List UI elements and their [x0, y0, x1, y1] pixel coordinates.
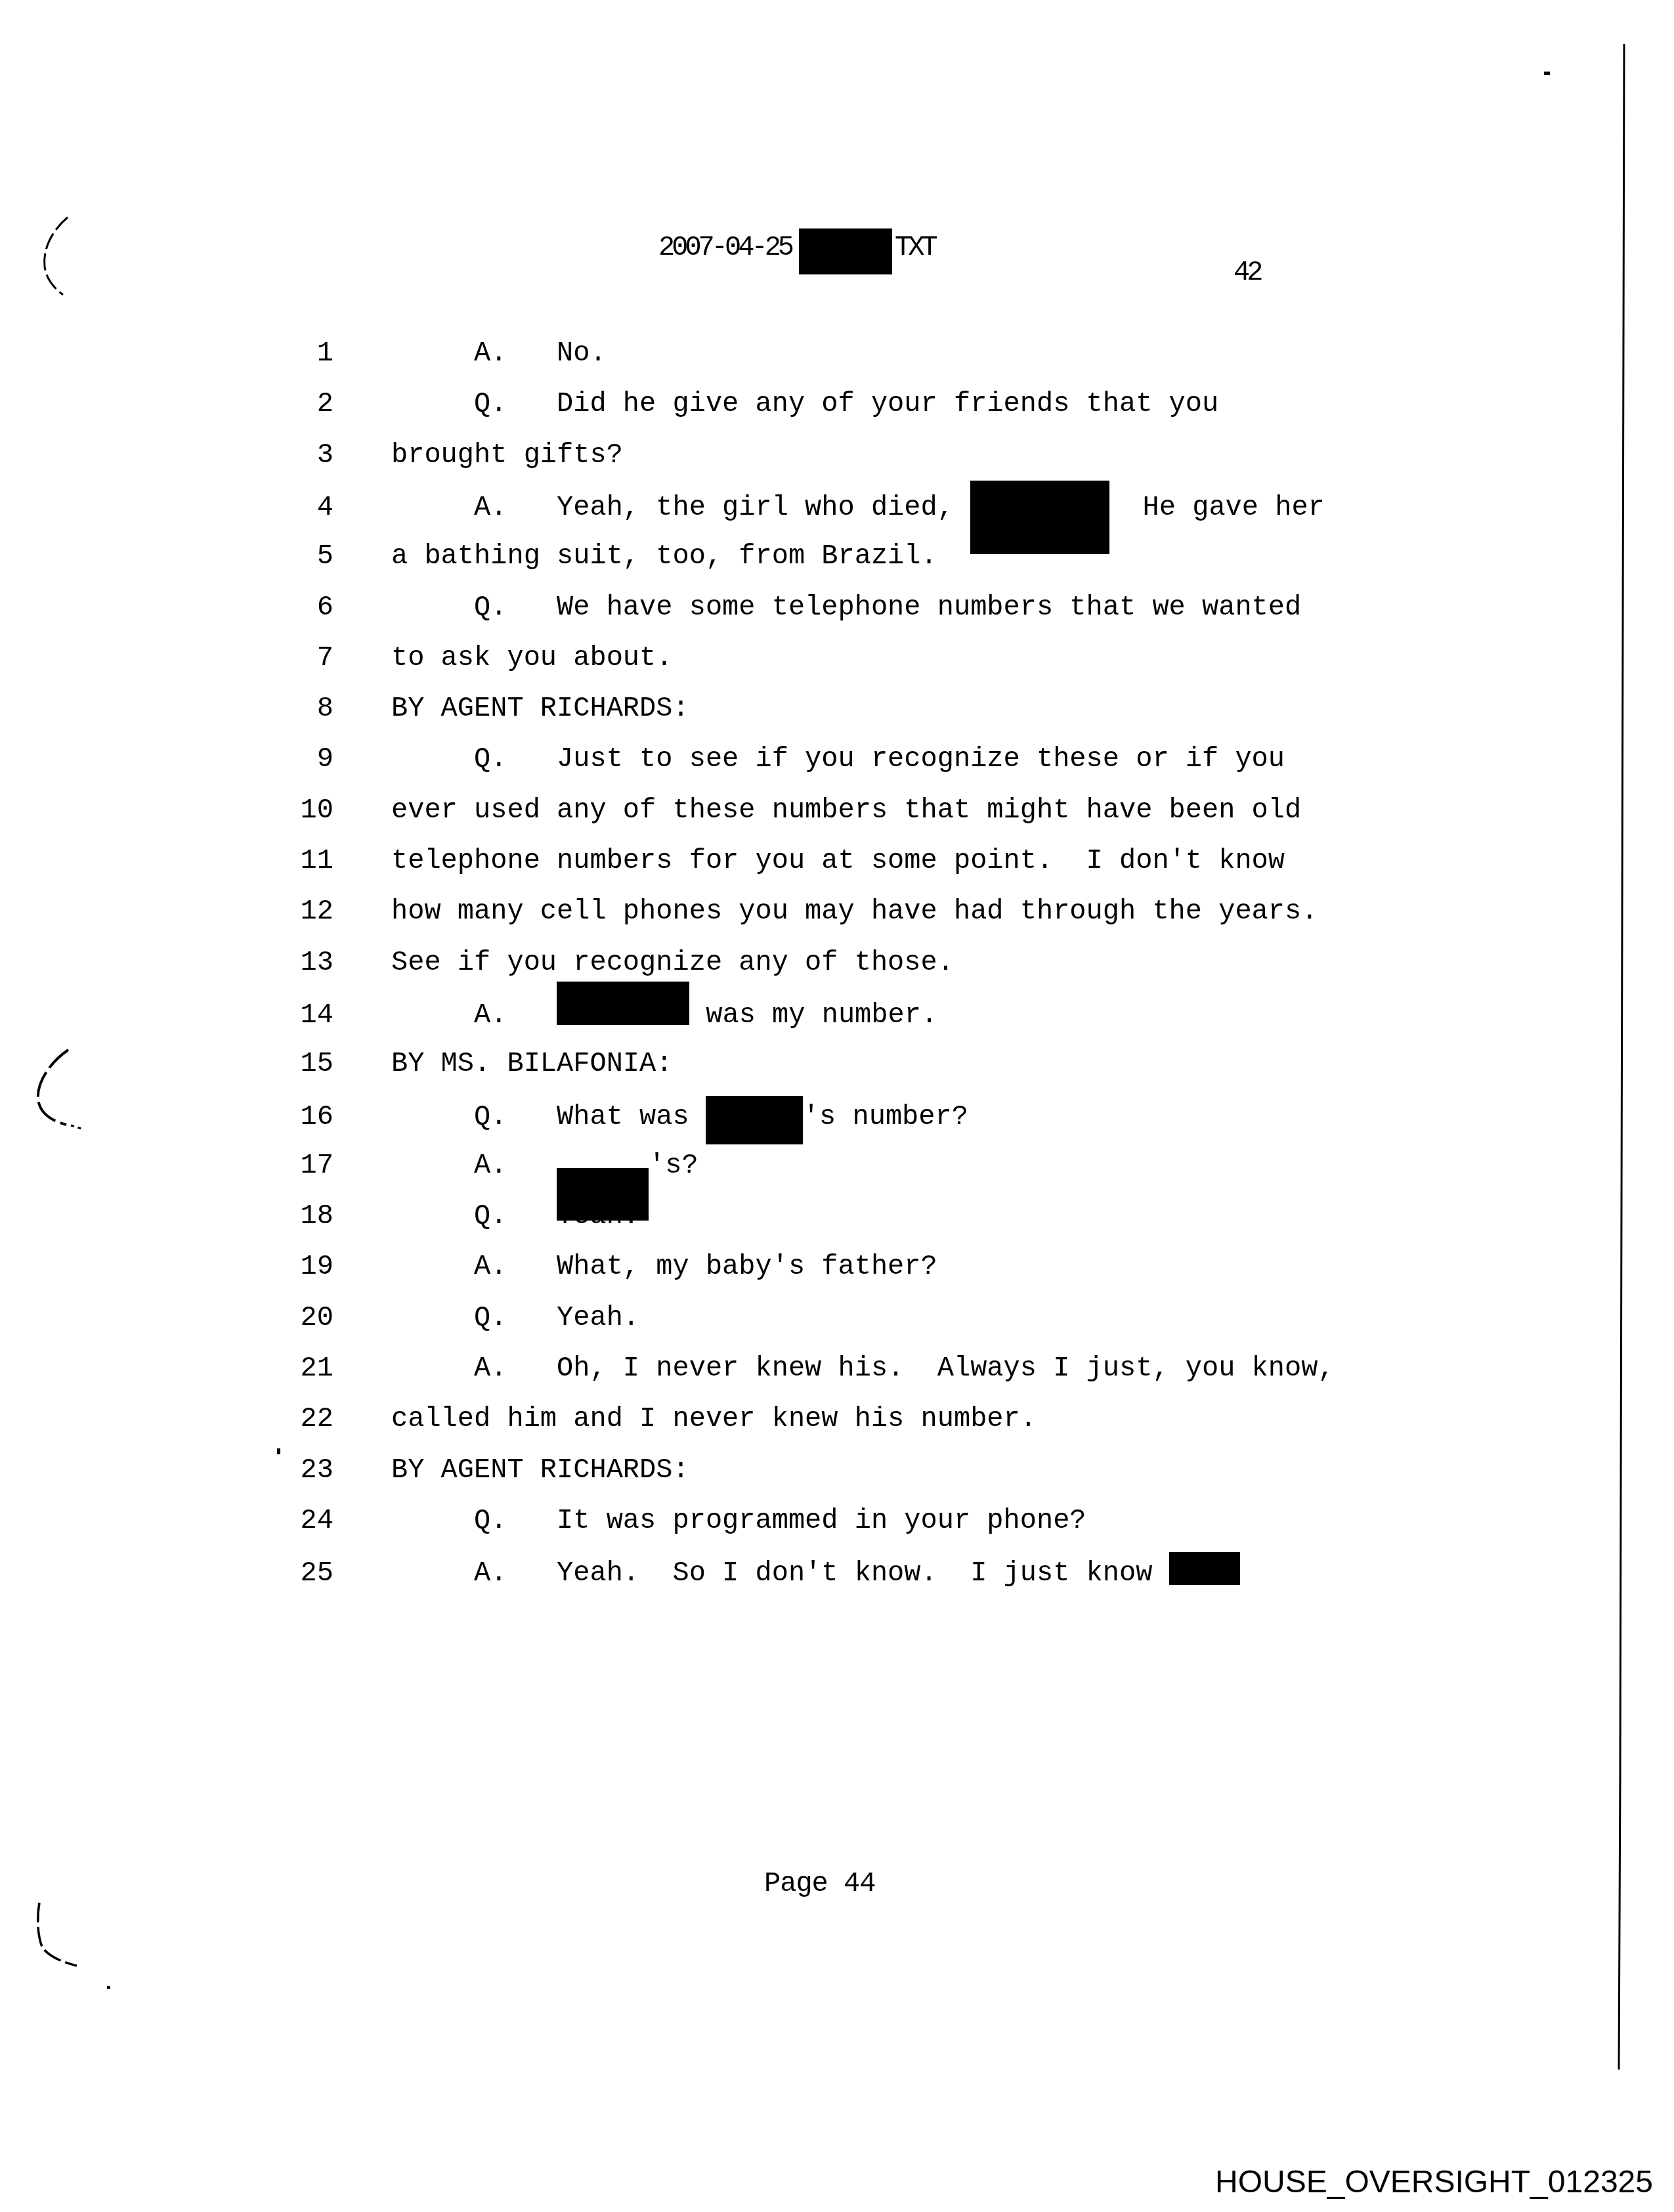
line-number: 2: [268, 387, 333, 420]
transcript-line: 25 A. Yeah. So I don't know. I just know: [268, 1552, 1240, 1590]
line-number: 25: [268, 1557, 333, 1590]
transcript-line: 1 A. No.: [268, 337, 607, 370]
line-text: Q. We have some telephone numbers that w…: [391, 592, 1301, 623]
line-text: to ask you about.: [391, 642, 672, 674]
line-number: 6: [268, 591, 333, 624]
scanned-transcript-page: 2007-04-25 TXT 42 1 A. No.2 Q. Did he gi…: [0, 0, 1674, 2212]
line-number: 21: [268, 1352, 333, 1385]
line-number: 4: [268, 491, 333, 524]
scan-artifact-top-left-arc: [45, 217, 68, 295]
line-text: A. What, my baby's father?: [391, 1251, 937, 1282]
transcript-line: 24 Q. It was programmed in your phone?: [268, 1504, 1086, 1537]
line-number: 10: [268, 794, 333, 827]
line-text: BY MS. BILAFONIA:: [391, 1048, 672, 1079]
line-text: A. Yeah, the girl who died, He gave her: [391, 492, 1325, 523]
bates-number: HOUSE_OVERSIGHT_012325: [1215, 2164, 1653, 2201]
line-number: 7: [268, 641, 333, 674]
transcript-line: 15BY MS. BILAFONIA:: [268, 1047, 672, 1080]
transcript-line: 8BY AGENT RICHARDS:: [268, 692, 689, 725]
line-text: brought gifts?: [391, 439, 623, 471]
line-number: 17: [268, 1149, 333, 1182]
line-text: Q. Did he give any of your friends that …: [391, 388, 1218, 420]
transcript-line: 22called him and I never knew his number…: [268, 1402, 1037, 1435]
line-number: 12: [268, 895, 333, 928]
redaction-box: [1169, 1552, 1240, 1585]
line-text: A. Yeah. So I don't know. I just know: [391, 1557, 1240, 1589]
line-text: Q. Just to see if you recognize these or…: [391, 743, 1285, 775]
line-number: 22: [268, 1402, 333, 1435]
scan-artifact-bottom-left-arc: [38, 1903, 77, 1966]
transcript-line: 21 A. Oh, I never knew his. Always I jus…: [268, 1352, 1335, 1385]
redaction-box: [706, 1096, 803, 1144]
scan-artifact-right-edge-line: [1619, 44, 1624, 2070]
line-text: ever used any of these numbers that migh…: [391, 794, 1301, 826]
footer-page-label: Page 44: [764, 1867, 875, 1900]
redaction-box: [970, 481, 1109, 554]
transcript-line: 7to ask you about.: [268, 641, 672, 674]
line-number: 13: [268, 946, 333, 979]
scan-artifact-middle-left-arc-tail: [71, 1125, 81, 1129]
header-page-number: 42: [1234, 256, 1260, 289]
line-number: 24: [268, 1504, 333, 1537]
transcript-line: 20 Q. Yeah.: [268, 1301, 639, 1334]
line-text: Q. It was programmed in your phone?: [391, 1505, 1086, 1536]
scan-speck-top-right: [1544, 72, 1550, 75]
line-text: BY AGENT RICHARDS:: [391, 1454, 689, 1486]
transcript-line: 6 Q. We have some telephone numbers that…: [268, 591, 1301, 624]
line-number: 3: [268, 439, 333, 471]
line-number: 9: [268, 743, 333, 775]
transcript-line: 14 A. was my number.: [268, 982, 937, 1031]
transcript-line: 10ever used any of these numbers that mi…: [268, 794, 1301, 827]
transcript-line: 18 Q. Yeah.: [268, 1200, 639, 1232]
line-text: A. No.: [391, 337, 607, 369]
line-text: Q. Yeah.: [391, 1200, 639, 1232]
line-text: Q. What was 's number?: [391, 1101, 968, 1133]
line-text: Q. Yeah.: [391, 1302, 639, 1334]
line-text: telephone numbers for you at some point.…: [391, 845, 1285, 877]
line-text: A. 's?: [391, 1150, 698, 1181]
line-number: 19: [268, 1250, 333, 1283]
line-text: A. Oh, I never knew his. Always I just, …: [391, 1353, 1335, 1384]
transcript-line: 12how many cell phones you may have had …: [268, 895, 1318, 928]
transcript-line: 23BY AGENT RICHARDS:: [268, 1454, 689, 1486]
line-number: 18: [268, 1200, 333, 1232]
scan-artifact-middle-left-arc: [38, 1050, 68, 1125]
transcript-line: 3brought gifts?: [268, 439, 623, 471]
transcript-line: 13See if you recognize any of those.: [268, 946, 954, 979]
line-number: 1: [268, 337, 333, 370]
line-text: how many cell phones you may have had th…: [391, 896, 1318, 927]
header-date: 2007-04-25: [658, 231, 791, 264]
line-number: 8: [268, 692, 333, 725]
line-number: 20: [268, 1301, 333, 1334]
line-text: a bathing suit, too, from Brazil.: [391, 540, 937, 572]
line-text: See if you recognize any of those.: [391, 947, 954, 978]
line-number: 14: [268, 999, 333, 1031]
line-number: 15: [268, 1047, 333, 1080]
line-number: 16: [268, 1100, 333, 1133]
transcript-line: 19 A. What, my baby's father?: [268, 1250, 937, 1283]
line-text: called him and I never knew his number.: [391, 1403, 1037, 1435]
redaction-box: [557, 982, 689, 1025]
line-text: A. was my number.: [391, 999, 937, 1031]
line-text: BY AGENT RICHARDS:: [391, 693, 689, 724]
line-number: 5: [268, 540, 333, 573]
header-file-suffix: TXT: [895, 231, 935, 264]
transcript-line: 5a bathing suit, too, from Brazil.: [268, 540, 937, 573]
transcript-line: 9 Q. Just to see if you recognize these …: [268, 743, 1285, 775]
transcript-line: 16 Q. What was 's number?: [268, 1096, 968, 1144]
line-number: 11: [268, 844, 333, 877]
line-number: 23: [268, 1454, 333, 1486]
transcript-line: 11telephone numbers for you at some poin…: [268, 844, 1285, 877]
transcript-line: 2 Q. Did he give any of your friends tha…: [268, 387, 1218, 420]
scan-speck-bottom-left: [107, 1986, 110, 1989]
header-redaction-box: [799, 228, 892, 274]
